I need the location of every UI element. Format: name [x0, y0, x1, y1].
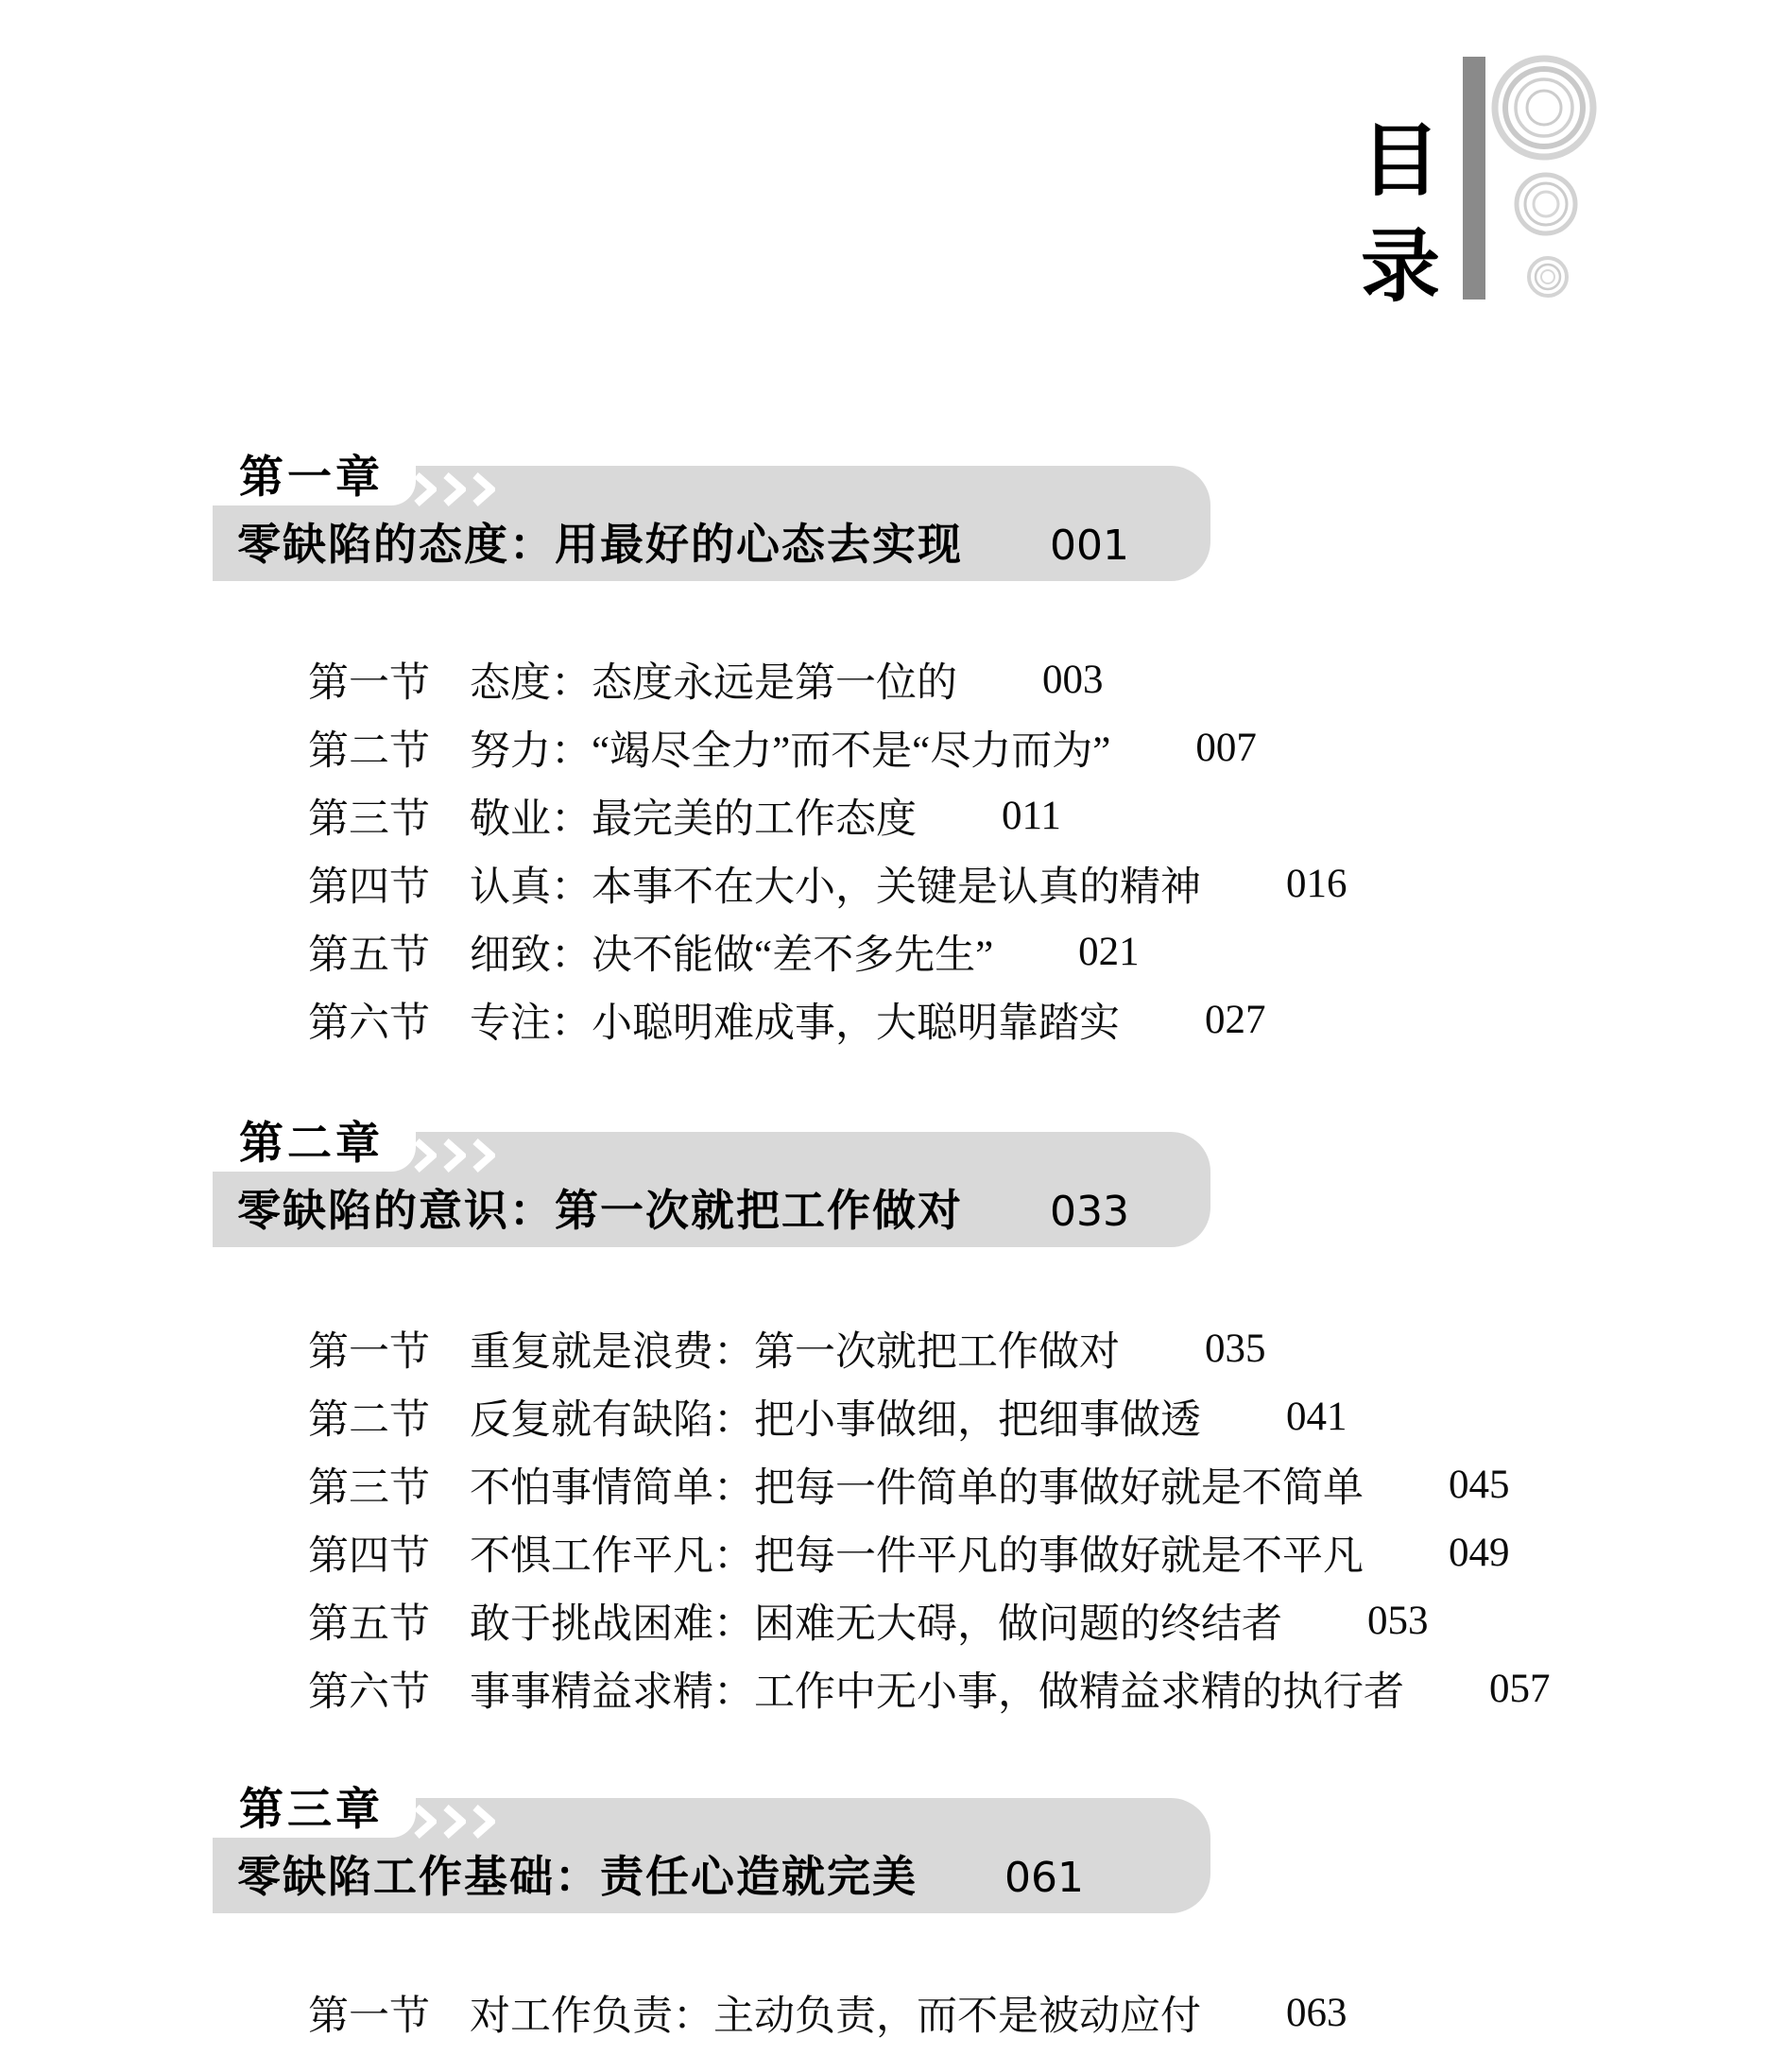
section-title: 专注：小聪明难成事，大聪明靠踏实 — [470, 991, 1120, 1049]
toc-entry: 第六节 专注：小聪明难成事，大聪明靠踏实 027 — [308, 985, 1347, 1053]
section-page-number: 049 — [1449, 1530, 1510, 1576]
section-label: 第四节 — [308, 1524, 430, 1582]
chapter-3-label: 第三章 — [213, 1773, 416, 1838]
chapter-3-banner: 第三章 零缺陷工作基础：责任心造就完美 061 — [213, 1798, 1210, 1913]
chevron-right-icon — [472, 1805, 495, 1839]
chevron-right-icon — [442, 1139, 466, 1173]
chapter-1-page-number: 001 — [1050, 522, 1129, 570]
vertical-bar-divider — [1463, 57, 1485, 300]
chevron-right-icon — [442, 472, 466, 506]
chapter-2-title: 零缺陷的意识：第一次就把工作做对 — [237, 1176, 963, 1239]
section-title: 对工作负责：主动负责，而不是被动应付 — [470, 1984, 1201, 2042]
section-label: 第一节 — [308, 1320, 430, 1378]
section-title: 敬业：最完美的工作态度 — [470, 787, 917, 845]
section-title: 反复就有缺陷：把小事做细，把细事做透 — [470, 1388, 1201, 1446]
toc-entry: 第二节 反复就有缺陷：把小事做细，把细事做透 041 — [308, 1382, 1551, 1450]
section-title: 努力：“竭尽全力”而不是“尽力而为” — [470, 719, 1110, 777]
section-page-number: 063 — [1286, 1990, 1347, 2036]
toc-entry: 第四节 不惧工作平凡：把每一件平凡的事做好就是不平凡 049 — [308, 1518, 1551, 1586]
section-title: 认真：本事不在大小，关键是认真的精神 — [470, 855, 1201, 913]
section-page-number: 007 — [1195, 725, 1257, 771]
section-page-number: 027 — [1205, 997, 1266, 1043]
section-label: 第五节 — [308, 1592, 430, 1650]
section-label: 第一节 — [308, 1984, 430, 2042]
section-page-number: 021 — [1078, 929, 1140, 975]
section-label: 第三节 — [308, 1456, 430, 1514]
chevron-right-icon — [413, 472, 437, 506]
chapter-2-banner: 第二章 零缺陷的意识：第一次就把工作做对 033 — [213, 1132, 1210, 1247]
toc-entry: 第六节 事事精益求精：工作中无小事，做精益求精的执行者 057 — [308, 1654, 1551, 1722]
page-title: 目 录 — [1361, 123, 1440, 308]
section-page-number: 003 — [1042, 657, 1104, 703]
section-label: 第六节 — [308, 1660, 430, 1718]
chapter-label-text: 第一章 — [239, 442, 384, 505]
chapter-3-page-number: 061 — [1004, 1854, 1084, 1902]
chapter-2-label: 第二章 — [213, 1107, 416, 1172]
section-label: 第一节 — [308, 651, 430, 709]
chevron-right-icon — [413, 1139, 437, 1173]
chapter-1-sections: 第一节 态度：态度永远是第一位的 003 第二节 努力：“竭尽全力”而不是“尽力… — [308, 645, 1347, 1053]
chapter-1-banner: 第一章 零缺陷的态度：用最好的心态去实现 001 — [213, 466, 1210, 581]
chapter-2-sections: 第一节 重复就是浪费：第一次就把工作做对 035 第二节 反复就有缺陷：把小事做… — [308, 1314, 1551, 1722]
chevrons-decoration — [413, 1137, 495, 1174]
section-page-number: 011 — [1002, 793, 1061, 839]
toc-entry: 第四节 认真：本事不在大小，关键是认真的精神 016 — [308, 849, 1347, 917]
chevrons-decoration — [413, 1803, 495, 1841]
toc-page: 目 录 第一章 零缺陷的态度：用最好的心态去实现 001 — [0, 0, 1785, 2072]
section-page-number: 057 — [1489, 1666, 1551, 1712]
toc-entry: 第二节 努力：“竭尽全力”而不是“尽力而为” 007 — [308, 713, 1347, 781]
page-title-char-2: 录 — [1361, 229, 1440, 308]
chapter-1-title: 零缺陷的态度：用最好的心态去实现 — [237, 510, 963, 573]
section-label: 第五节 — [308, 923, 430, 981]
toc-entry: 第一节 重复就是浪费：第一次就把工作做对 035 — [308, 1314, 1551, 1382]
toc-entry: 第三节 敬业：最完美的工作态度 011 — [308, 781, 1347, 849]
section-label: 第二节 — [308, 1388, 430, 1446]
toc-entry: 第一节 态度：态度永远是第一位的 003 — [308, 645, 1347, 713]
section-page-number: 016 — [1286, 861, 1347, 907]
section-title: 敢于挑战困难：困难无大碍，做问题的终结者 — [470, 1592, 1282, 1650]
chapter-3-title: 零缺陷工作基础：责任心造就完美 — [237, 1842, 918, 1905]
page-title-char-1: 目 — [1361, 123, 1440, 202]
section-label: 第四节 — [308, 855, 430, 913]
concentric-circles-icon — [1485, 43, 1637, 317]
section-title: 重复就是浪费：第一次就把工作做对 — [470, 1320, 1120, 1378]
toc-entry: 第三节 不怕事情简单：把每一件简单的事做好就是不简单 045 — [308, 1450, 1551, 1518]
section-page-number: 041 — [1286, 1394, 1347, 1440]
toc-entry: 第五节 细致：决不能做“差不多先生” 021 — [308, 917, 1347, 985]
section-title: 不惧工作平凡：把每一件平凡的事做好就是不平凡 — [470, 1524, 1364, 1582]
chevrons-decoration — [413, 471, 495, 508]
chapter-label-text: 第三章 — [239, 1774, 384, 1838]
section-title: 态度：态度永远是第一位的 — [470, 651, 957, 709]
chapter-2-page-number: 033 — [1050, 1188, 1129, 1236]
chapter-3-sections: 第一节 对工作负责：主动负责，而不是被动应付 063 — [308, 1978, 1347, 2046]
section-title: 事事精益求精：工作中无小事，做精益求精的执行者 — [470, 1660, 1404, 1718]
section-label: 第二节 — [308, 719, 430, 777]
chevron-right-icon — [413, 1805, 437, 1839]
chevron-right-icon — [472, 1139, 495, 1173]
toc-entry: 第一节 对工作负责：主动负责，而不是被动应付 063 — [308, 1978, 1347, 2046]
chapter-1-label: 第一章 — [213, 441, 416, 505]
chevron-right-icon — [442, 1805, 466, 1839]
chevron-right-icon — [472, 472, 495, 506]
section-label: 第三节 — [308, 787, 430, 845]
section-page-number: 035 — [1205, 1326, 1266, 1372]
section-page-number: 045 — [1449, 1462, 1510, 1508]
chapter-label-text: 第二章 — [239, 1108, 384, 1172]
section-page-number: 053 — [1367, 1598, 1429, 1644]
toc-entry: 第五节 敢于挑战困难：困难无大碍，做问题的终结者 053 — [308, 1586, 1551, 1654]
section-title: 不怕事情简单：把每一件简单的事做好就是不简单 — [470, 1456, 1364, 1514]
section-label: 第六节 — [308, 991, 430, 1049]
section-title: 细致：决不能做“差不多先生” — [470, 923, 993, 981]
